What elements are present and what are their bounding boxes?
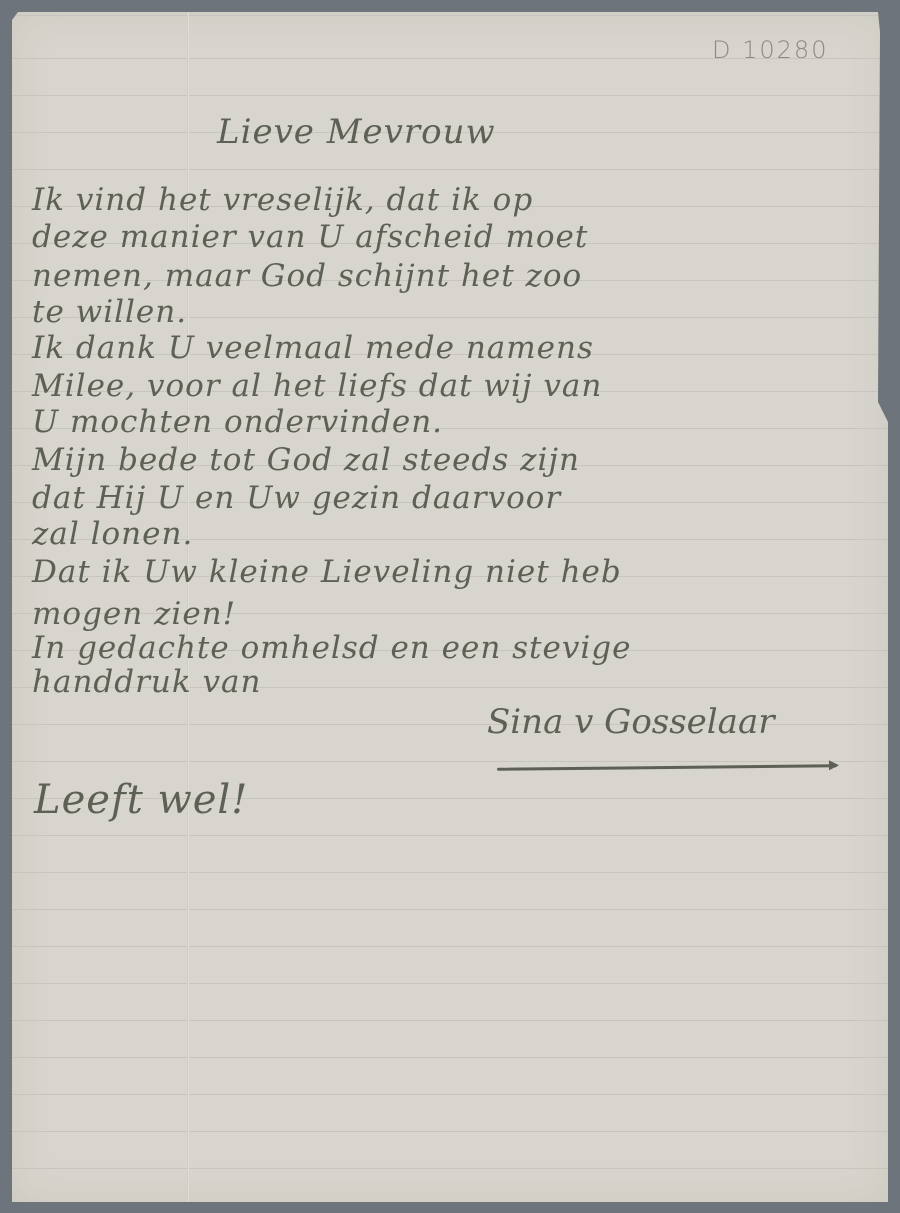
letter-line: mogen zien! xyxy=(32,596,236,632)
letter-line: nemen, maar God schijnt het zoo xyxy=(32,258,582,294)
letter-line: zal lonen. xyxy=(32,516,193,552)
letter-line: In gedachte omhelsd en een stevige xyxy=(32,630,631,666)
signature-block: Sina v Gosselaar xyxy=(487,702,774,742)
letter-line: handdruk van xyxy=(32,664,261,700)
letter-line: Milee, voor al het liefs dat wij van xyxy=(32,368,602,404)
letter-line: te willen. xyxy=(32,294,187,330)
letter-line: U mochten ondervinden. xyxy=(32,404,443,440)
signature: Sina v Gosselaar xyxy=(487,702,774,742)
letter-line: deze manier van U afscheid moet xyxy=(32,219,588,255)
archive-id: D 10280 xyxy=(712,36,828,64)
letter-line: Dat ik Uw kleine Lieveling niet heb xyxy=(32,554,622,590)
letter-line: Mijn bede tot God zal steeds zijn xyxy=(32,442,580,478)
closing: Leeft wel! xyxy=(34,777,248,823)
letter-line: dat Hij U en Uw gezin daarvoor xyxy=(32,480,561,516)
salutation: Lieve Mevrouw xyxy=(217,112,496,152)
letter-paper: D 10280 Lieve Mevrouw Ik vind het vresel… xyxy=(12,12,888,1202)
letter-line: Ik vind het vreselijk, dat ik op xyxy=(32,182,533,218)
letter-line: Ik dank U veelmaal mede namens xyxy=(32,330,594,366)
